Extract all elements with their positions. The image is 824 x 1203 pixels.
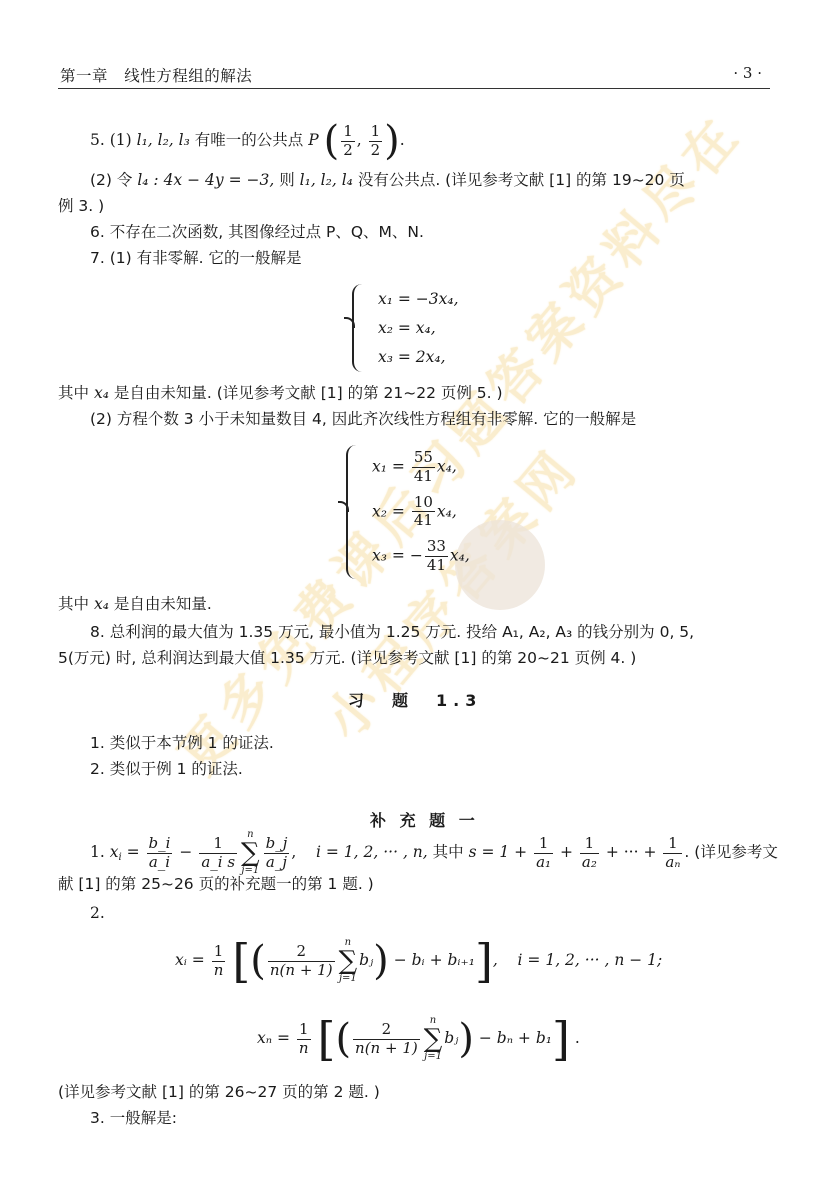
- exercise-1-3-item-1: 1. 类似于本节例 1 的证法.: [90, 733, 274, 753]
- system-rows: x₁ = −3x₄, x₂ = x₄, x₃ = 2x₄,: [378, 284, 459, 372]
- supplement-answer-2-note: (详见参考文献 [1] 的第 26~27 页的第 2 题. ): [58, 1082, 380, 1102]
- frac-den: n(n + 1): [353, 1039, 420, 1057]
- right-bracket: ]: [552, 1012, 570, 1066]
- s-definition: s = 1 +: [469, 843, 528, 861]
- fraction: 1n: [212, 944, 226, 979]
- note-pre: 其中: [58, 384, 89, 402]
- system-row: x₂ = 1041x₄,: [372, 495, 470, 530]
- answer-5-1: 5. (1) l₁, l₂, l₃ 有唯一的公共点 P (12, 12).: [90, 121, 405, 161]
- supplement-answer-1: 1. xi = b_ia_i − 1a_i sn∑j=1b_ja_j, i = …: [90, 822, 778, 882]
- note-pre: 其中: [58, 595, 89, 613]
- fraction: 12: [369, 124, 383, 159]
- lhs-sub: i: [118, 852, 121, 863]
- frac-num: 55: [412, 450, 435, 467]
- supplement-answer-3: 3. 一般解是:: [90, 1108, 177, 1128]
- frac-num: 1: [211, 836, 225, 853]
- left-paren: (: [250, 938, 266, 984]
- running-header: 第一章 线性方程组的解法 · 3 ·: [58, 58, 770, 89]
- system-row: x₁ = −3x₄,: [378, 290, 459, 308]
- right-paren: ): [373, 938, 389, 984]
- right-paren: ): [458, 1016, 474, 1062]
- frac-den: a_i: [147, 853, 172, 871]
- row-sign: −: [410, 547, 423, 565]
- supplement-answer-2-prefix: 2.: [90, 903, 105, 923]
- system-rows: x₁ = 5541x₄, x₂ = 1041x₄, x₃ = −3341x₄,: [372, 445, 470, 579]
- left-paren: (: [324, 118, 340, 164]
- frac-num: 10: [412, 495, 435, 512]
- frac-num: b_j: [264, 836, 290, 853]
- fraction: 2n(n + 1): [353, 1022, 420, 1057]
- summation-icon: n∑j=1: [424, 1016, 443, 1062]
- exercise-1-3-item-2: 2. 类似于例 1 的证法.: [90, 759, 243, 779]
- sigma-glyph: ∑: [241, 840, 260, 866]
- system-row: x₃ = −3341x₄,: [372, 539, 470, 574]
- row-lhs: x₃ =: [372, 547, 405, 565]
- left-brace-icon: [346, 445, 356, 579]
- fraction: 1aₙ: [663, 836, 682, 871]
- summation-icon: n∑j=1: [339, 938, 358, 984]
- fraction: 5541: [412, 450, 435, 485]
- row-lhs: x₂ =: [372, 502, 405, 520]
- equation-system-1: x₁ = −3x₄, x₂ = x₄, x₃ = 2x₄,: [352, 284, 459, 372]
- frac-den: 41: [412, 511, 435, 529]
- frac-num: 1: [212, 944, 226, 961]
- summand: bⱼ: [359, 951, 373, 969]
- fraction: 12: [341, 124, 355, 159]
- note-post: 是自由未知量. (详见参考文献 [1] 的第 21~22 页例 5. ): [114, 384, 503, 402]
- q5-point: P: [308, 131, 318, 149]
- frac-den: aₙ: [663, 853, 682, 871]
- frac-num: 1: [583, 836, 597, 853]
- frac-den: 41: [412, 467, 435, 485]
- fraction: 1n: [297, 1022, 311, 1057]
- row-rhs: x₄,: [437, 502, 457, 520]
- fraction: b_ia_i: [147, 836, 173, 871]
- system-row: x₂ = x₄,: [378, 319, 459, 337]
- frac-den: n: [212, 961, 226, 979]
- row-lhs: x₁ =: [372, 457, 405, 475]
- frac-num: 1: [537, 836, 551, 853]
- supplement-answer-2-equation-1: xᵢ = 1n [(2n(n + 1)n∑j=1bⱼ) − bᵢ + bᵢ₊₁]…: [175, 930, 662, 990]
- frac-den: 2: [369, 141, 383, 159]
- frac-num: 2: [294, 944, 308, 961]
- dots: + ··· +: [606, 843, 657, 861]
- answer-7-1-note: 其中 x₄ 是自由未知量. (详见参考文献 [1] 的第 21~22 页例 5.…: [58, 383, 503, 403]
- q5-2-then: 则: [279, 171, 295, 189]
- equation-system-2: x₁ = 5541x₄, x₂ = 1041x₄, x₃ = −3341x₄,: [346, 445, 470, 579]
- section-title-1-3: 习 题 1.3: [348, 688, 482, 711]
- frac-num: 2: [380, 1022, 394, 1039]
- period: .: [575, 1029, 580, 1047]
- system-row: x₁ = 5541x₄,: [372, 450, 470, 485]
- note-post: 是自由未知量.: [114, 595, 212, 613]
- left-paren: (: [335, 1016, 351, 1062]
- frac-num: 1: [341, 124, 355, 141]
- q5-prefix: 5. (1): [90, 131, 132, 149]
- row-rhs: x₄,: [450, 547, 470, 565]
- sigma-glyph: ∑: [339, 948, 358, 974]
- lhs: xₙ =: [257, 1029, 290, 1047]
- sum-lower: j=1: [339, 974, 357, 984]
- frac-num: b_i: [147, 836, 173, 853]
- summand: bⱼ: [444, 1029, 458, 1047]
- q5-suffix: .: [400, 131, 405, 149]
- chapter-label: 第一章: [60, 67, 108, 85]
- answer-8-line-1: 8. 总利润的最大值为 1.35 万元, 最小值为 1.25 万元. 投给 A₁…: [90, 622, 694, 642]
- fraction: 2n(n + 1): [268, 944, 335, 979]
- tail-terms: − bₙ + b₁: [479, 1029, 552, 1047]
- left-bracket: [: [317, 1012, 335, 1066]
- lhs: xᵢ =: [175, 951, 205, 969]
- answer-5-2: (2) 令 l₄ : 4x − 4y = −3, 则 l₁, l₂, l₄ 没有…: [90, 170, 685, 190]
- frac-den: a₂: [580, 853, 599, 871]
- reference-start: . (详见参考文: [684, 843, 777, 861]
- system-row: x₃ = 2x₄,: [378, 348, 459, 366]
- answer-7-2-note: 其中 x₄ 是自由未知量.: [58, 594, 212, 614]
- frac-num: 1: [297, 1022, 311, 1039]
- left-bracket: [: [232, 934, 250, 988]
- document-page: 更多免费课后习题答案资料尽在 小程序答案网 第一章 线性方程组的解法 · 3 ·…: [0, 0, 824, 1203]
- summation-icon: n∑j=1: [241, 830, 260, 876]
- frac-den: a_i s: [199, 853, 237, 871]
- frac-den: n: [297, 1039, 311, 1057]
- header-chapter-title: 第一章 线性方程组的解法: [60, 64, 252, 86]
- q5-2-lines: l₁, l₂, l₄: [300, 171, 353, 189]
- watermark-line-1: 更多免费课后习题答案资料尽在: [159, 95, 756, 787]
- q5-text: 有唯一的公共点: [195, 131, 304, 149]
- fraction: 1041: [412, 495, 435, 530]
- sum-lower: j=1: [424, 1052, 442, 1062]
- minus-sign: −: [179, 843, 192, 861]
- supplement-answer-2-equation-2: xₙ = 1n [(2n(n + 1)n∑j=1bⱼ) − bₙ + b₁] .: [257, 1008, 580, 1068]
- fraction: 1a₁: [534, 836, 553, 871]
- left-brace-icon: [352, 284, 362, 372]
- fraction: 1a₂: [580, 836, 599, 871]
- right-bracket: ]: [475, 934, 493, 988]
- note-var: x₄: [94, 384, 109, 402]
- answer-7-2-intro: (2) 方程个数 3 小于未知量数目 4, 因此齐次线性方程组有非零解. 它的一…: [90, 409, 636, 429]
- tail-terms: − bᵢ + bᵢ₊₁: [394, 951, 475, 969]
- supplement-answer-1-continuation: 献 [1] 的第 25~26 页的补充题一的第 1 题. ): [58, 874, 374, 894]
- page-number: · 3 ·: [733, 64, 762, 82]
- fraction: 1a_i s: [199, 836, 237, 871]
- frac-num: 33: [425, 539, 448, 556]
- answer-8-line-2: 5(万元) 时, 总利润达到最大值 1.35 万元. (详见参考文献 [1] 的…: [58, 648, 636, 668]
- frac-num: 1: [666, 836, 680, 853]
- frac-den: 2: [341, 141, 355, 159]
- index-range: i = 1, 2, ··· , n − 1;: [518, 951, 663, 969]
- row-rhs: x₄,: [437, 457, 457, 475]
- frac-den: 41: [425, 556, 448, 574]
- note-var: x₄: [94, 595, 109, 613]
- frac-den: a_j: [264, 853, 289, 871]
- sigma-glyph: ∑: [424, 1026, 443, 1052]
- answer-7-1-intro: 7. (1) 有非零解. 它的一般解是: [90, 248, 301, 268]
- frac-den: a₁: [534, 853, 553, 871]
- q5-2-prefix: (2) 令: [90, 171, 132, 189]
- answer-6: 6. 不存在二次函数, 其图像经过点 P、Q、M、N.: [90, 222, 424, 242]
- frac-den: n(n + 1): [268, 961, 335, 979]
- q5-2-text: 没有公共点. (详见参考文献 [1] 的第 19~20 页: [358, 171, 685, 189]
- index-range: i = 1, 2, ··· , n,: [316, 843, 428, 861]
- q5-2-equation: l₄ : 4x − 4y = −3,: [137, 171, 274, 189]
- q-prefix: 1.: [90, 843, 105, 861]
- q5-lines: l₁, l₂, l₃: [137, 131, 190, 149]
- right-paren: ): [384, 118, 400, 164]
- answer-5-2-continuation: 例 3. ): [58, 196, 104, 216]
- fraction: b_ja_j: [264, 836, 290, 871]
- where-label: 其中: [433, 843, 464, 861]
- fraction: 3341: [425, 539, 448, 574]
- frac-num: 1: [369, 124, 383, 141]
- chapter-title: 线性方程组的解法: [124, 67, 252, 85]
